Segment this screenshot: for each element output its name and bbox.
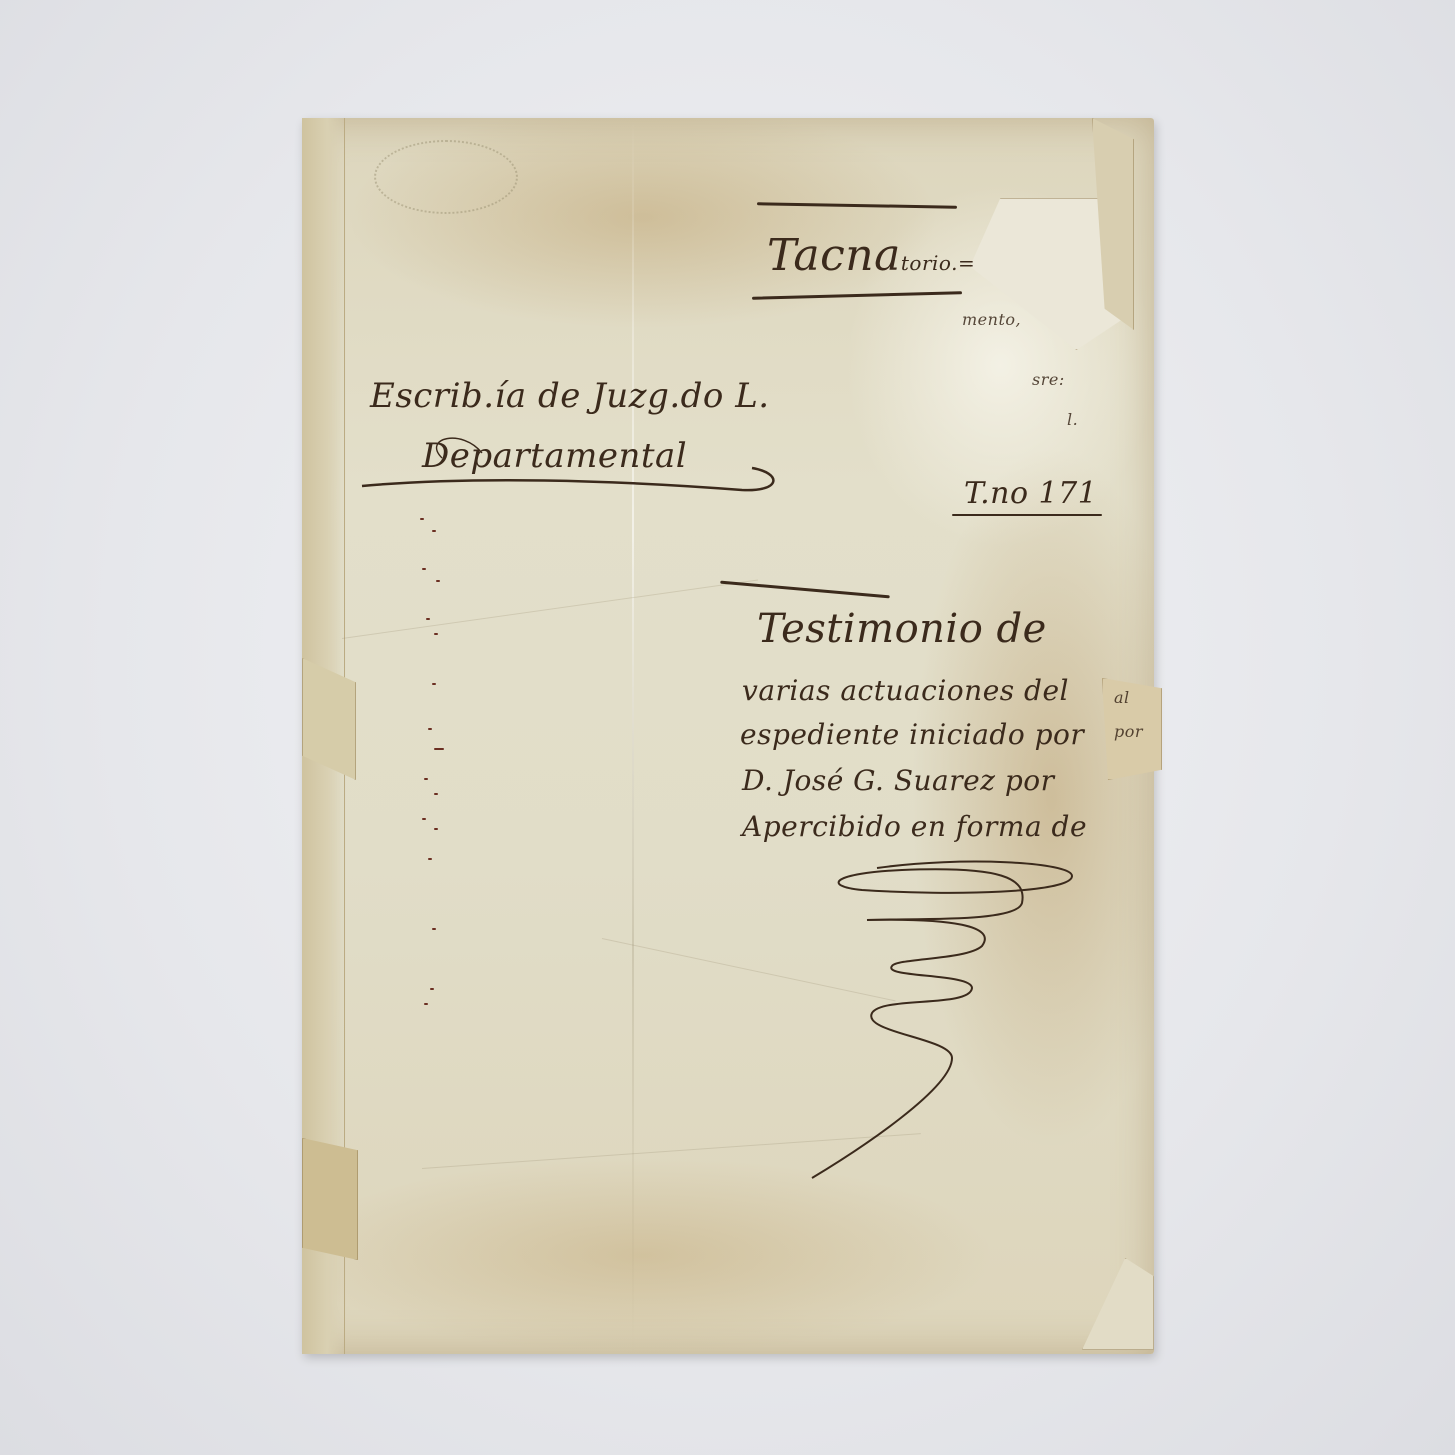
- edge-fragment: al: [1114, 688, 1130, 707]
- title-line5: Apercibido en forma de: [742, 810, 1087, 843]
- title-line3: espediente iniciado por: [740, 718, 1084, 751]
- title-line2: varias actuaciones del: [742, 674, 1069, 707]
- torn-bottom-corner: [1082, 1258, 1154, 1350]
- title-line1: Testimonio de: [757, 606, 1047, 652]
- heading-overline: [757, 202, 957, 208]
- margin-fragment: mento,: [962, 310, 1021, 329]
- heading-underline: [752, 291, 962, 299]
- rubric-flourish: [802, 848, 1102, 1208]
- title-overstroke: [720, 581, 890, 599]
- margin-fragment: l.: [1067, 410, 1078, 429]
- heading-underline-flourish: [352, 418, 772, 508]
- title-line4: D. José G. Suarez por: [742, 764, 1055, 797]
- embossed-stamp: [374, 140, 518, 214]
- office-heading-line1: Escrib.ía de Juzg.do L.: [370, 376, 770, 416]
- crease-line: [342, 580, 758, 639]
- torn-spine-flap: [302, 1138, 358, 1260]
- heading-place: Tacnatorio.=: [767, 230, 975, 281]
- document-sheet: Tacnatorio.= mento, sre: l. Escrib.ía de…: [302, 118, 1154, 1354]
- file-number: T.no 171: [964, 476, 1097, 511]
- margin-fragment: sre:: [1032, 370, 1065, 389]
- edge-fragment: por: [1114, 722, 1143, 741]
- file-number-underline: [952, 514, 1102, 516]
- vertical-fold: [632, 118, 634, 1354]
- margin-marks: [414, 498, 444, 1018]
